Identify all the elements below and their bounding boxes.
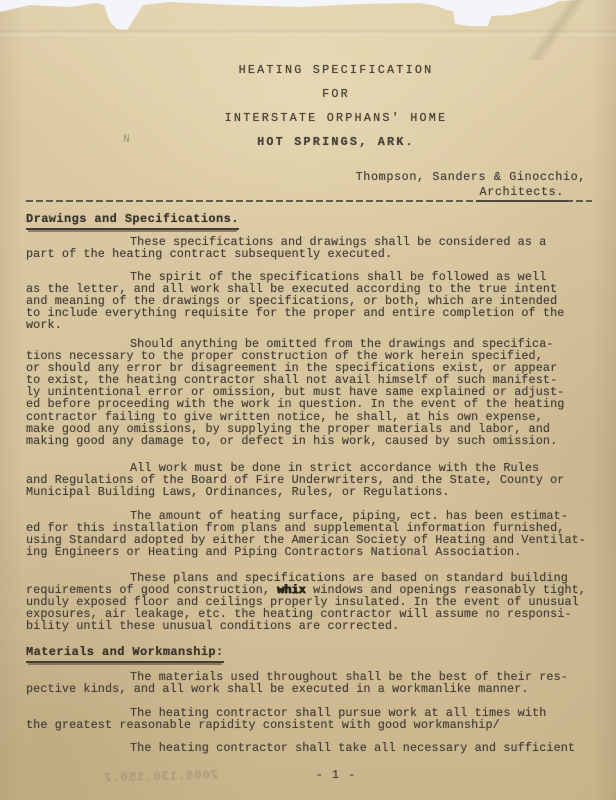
title-institution: INTERSTATE ORPHANS' HOME bbox=[80, 106, 592, 130]
paragraph-1: These specifications and drawings shall … bbox=[26, 236, 592, 260]
pencil-margin-mark: N bbox=[123, 134, 130, 146]
title-block: HEATING SPECIFICATION FOR INTERSTATE ORP… bbox=[80, 58, 592, 154]
paragraph-3: Should anything be omitted from the draw… bbox=[26, 338, 592, 447]
title-location: HOT SPRINGS, ARK. bbox=[80, 130, 592, 154]
scanned-document-page: HEATING SPECIFICATION FOR INTERSTATE ORP… bbox=[0, 0, 616, 800]
section-heading-materials: Materials and Workmanship: bbox=[26, 645, 224, 663]
dashed-rule bbox=[26, 200, 592, 202]
paragraph-6: These plans and specifications are based… bbox=[26, 572, 592, 632]
architect-firm: Thompson, Sanders & Ginocchio, bbox=[26, 170, 592, 184]
section-heading-drawings: Drawings and Specifications. bbox=[26, 212, 239, 230]
paragraph-9: The heating contractor shall take all ne… bbox=[26, 742, 592, 754]
document-title: HEATING SPECIFICATION bbox=[80, 58, 592, 82]
architect-rule: Architects. bbox=[26, 184, 592, 202]
paragraph-2: The spirit of the specifications shall b… bbox=[26, 271, 592, 331]
paragraph-5: The amount of heating surface, piping, e… bbox=[26, 510, 592, 558]
paper-corner-crease bbox=[496, 0, 616, 60]
paragraph-8: The heating contractor shall pursue work… bbox=[26, 707, 592, 731]
title-for: FOR bbox=[80, 82, 592, 106]
paragraph-4: All work must be done in strict accordan… bbox=[26, 462, 592, 498]
architect-block: Thompson, Sanders & Ginocchio, Architect… bbox=[26, 170, 592, 202]
paragraph-7: The materials used throughout shall be t… bbox=[26, 671, 592, 695]
